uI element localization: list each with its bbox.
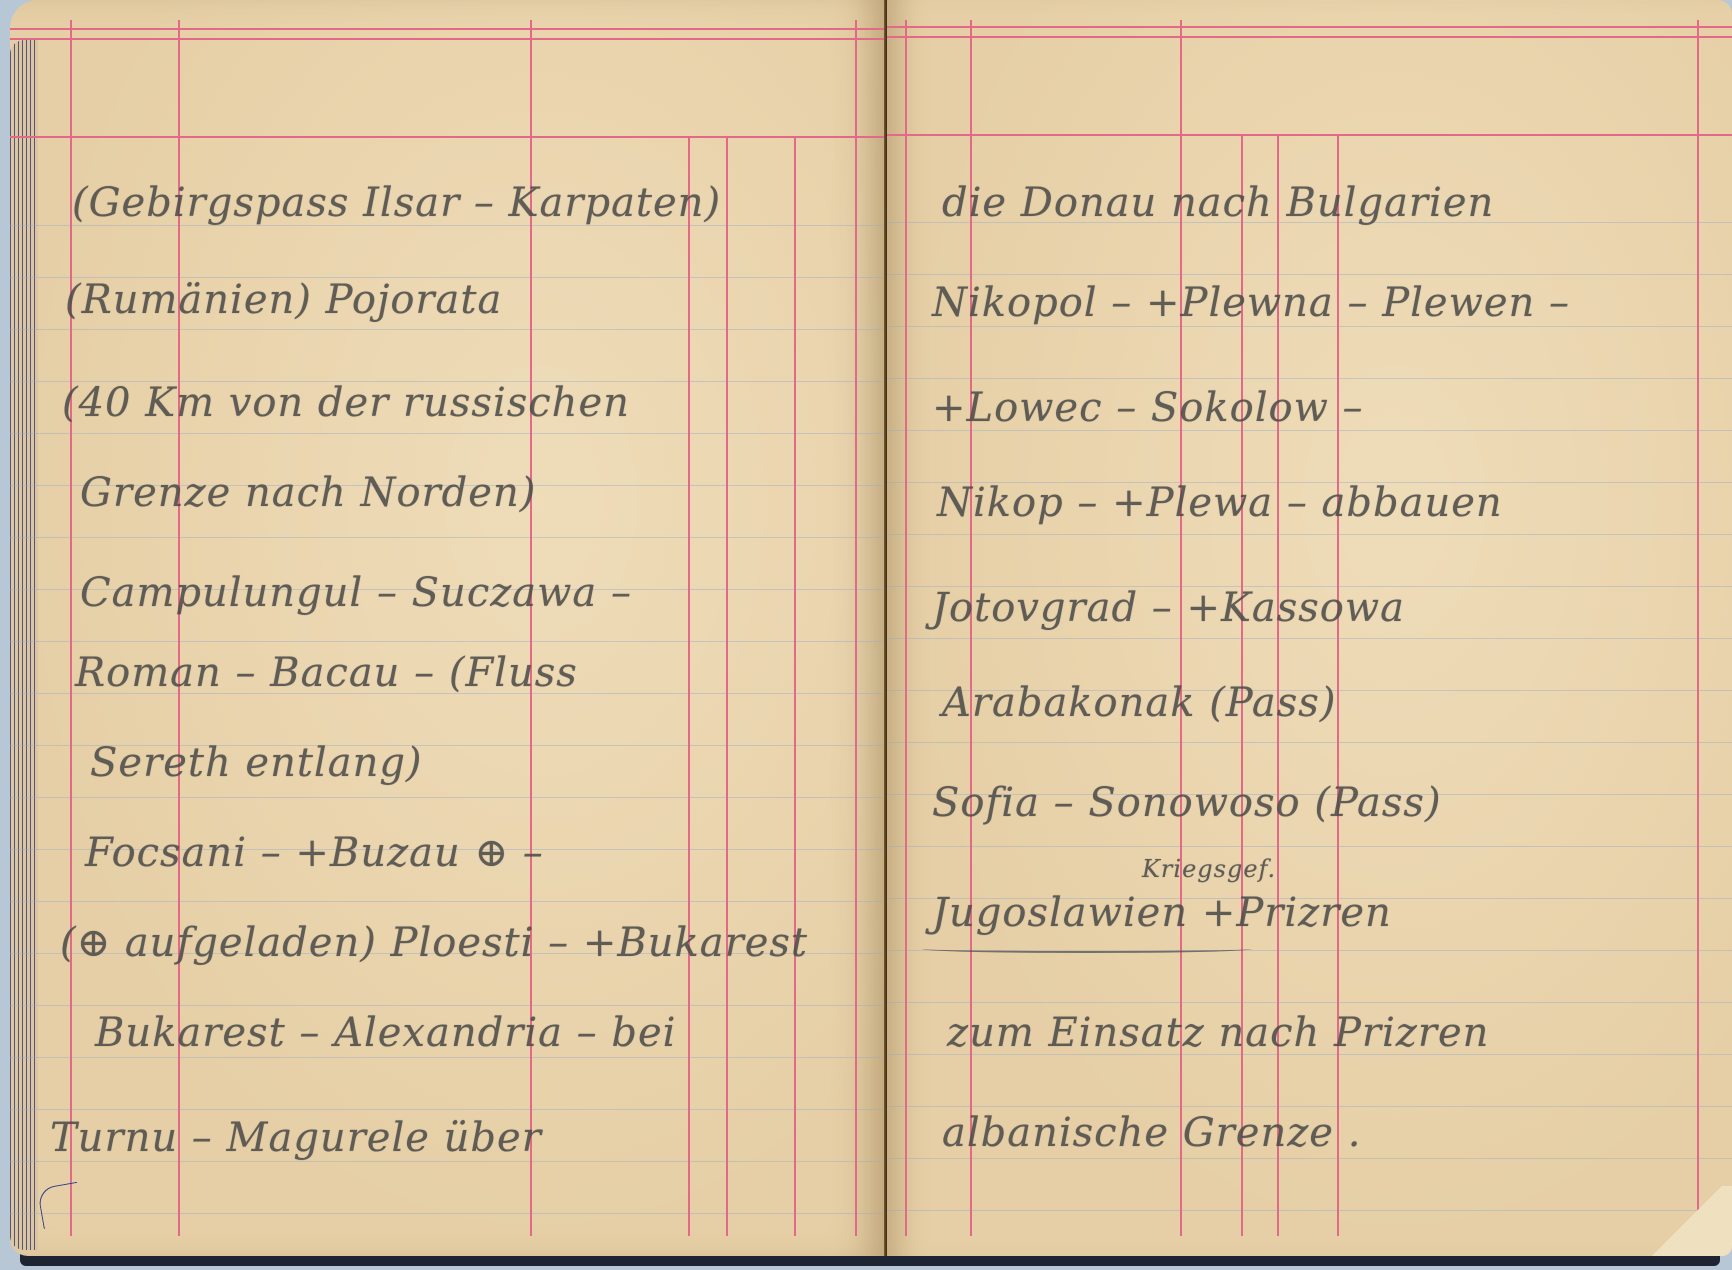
left-page: (Gebirgspass Ilsar – Karpaten) (Rumänien… [10,0,895,1256]
handwritten-line: Grenze nach Norden) [80,470,536,516]
handwritten-line: Nikopol – +Plewna – Plewen – [932,280,1570,326]
handwritten-line: Focsani – +Buzau ⊕ – [85,830,544,876]
handwritten-line: Campulungul – Suczawa – [80,570,632,616]
handwritten-line: die Donau nach Bulgarien [942,180,1494,226]
handwritten-line: Nikop – +Plewa – abbauen [937,480,1503,526]
underline-stroke [922,945,1252,953]
handwritten-line: Roman – Bacau – (Fluss [75,650,578,696]
handwritten-line: (Gebirgspass Ilsar – Karpaten) [72,180,721,226]
handwritten-line: Arabakonak (Pass) [942,680,1336,726]
handwritten-line: Jotovgrad – +Kassowa [932,585,1405,631]
left-page-text: (Gebirgspass Ilsar – Karpaten) (Rumänien… [10,0,895,1256]
handwritten-line: Bukarest – Alexandria – bei [95,1010,676,1056]
handwritten-line: zum Einsatz nach Prizren [947,1010,1489,1056]
handwritten-line: Jugoslawien +Prizren [932,890,1392,936]
folded-corner [1642,1186,1732,1256]
handwritten-line: Sofia – Sonowoso (Pass) [932,780,1442,826]
handwritten-line: albanische Grenze . [942,1110,1361,1156]
right-page: die Donau nach Bulgarien Nikopol – +Plew… [887,0,1732,1256]
handwritten-line: (⊕ aufgeladen) Ploesti – +Bukarest [60,920,808,966]
handwritten-line: Sereth entlang) [90,740,423,786]
right-page-text: die Donau nach Bulgarien Nikopol – +Plew… [887,0,1732,1256]
handwritten-line: (Rumänien) Pojorata [65,277,502,323]
handwritten-line: +Lowec – Sokolow – [932,385,1364,431]
handwritten-annotation: Kriegsgef. [1142,855,1276,883]
handwritten-line: (40 Km von der russischen [62,380,630,426]
handwritten-line: Turnu – Magurele über [50,1115,542,1161]
